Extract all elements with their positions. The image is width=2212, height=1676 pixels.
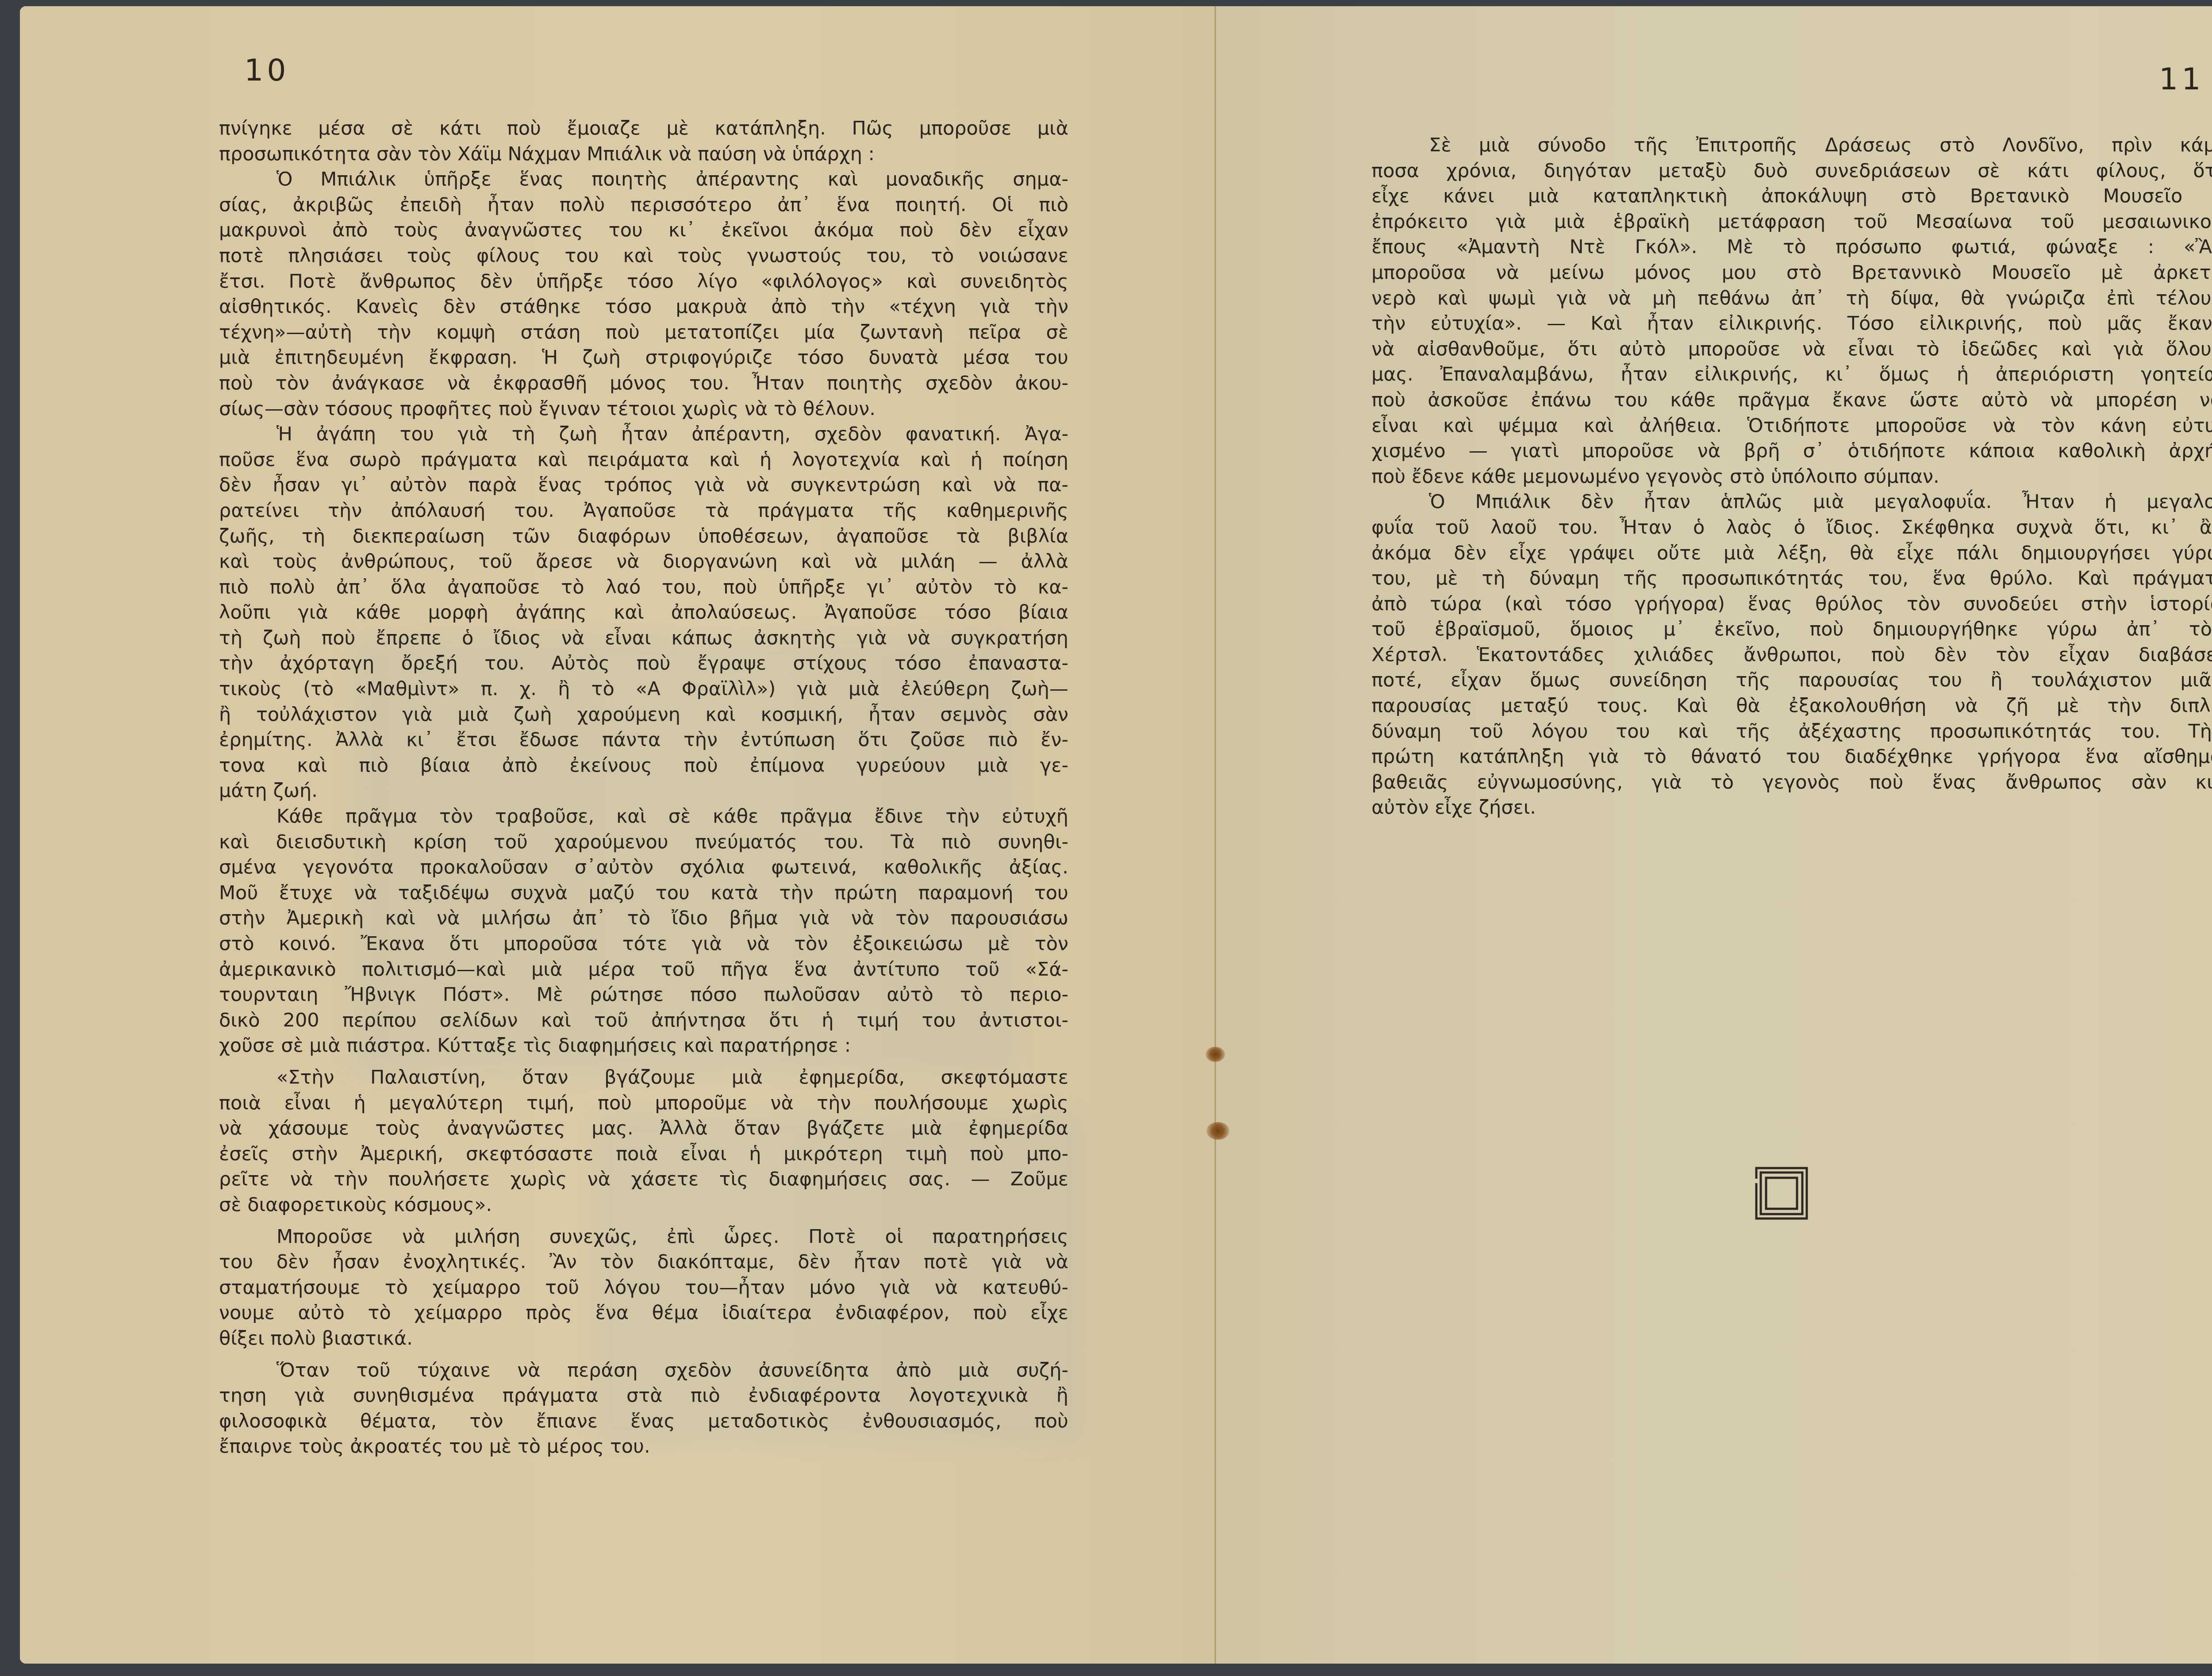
text-line: χισμένο — γιατὶ μποροῦσε νὰ βρῆ σ᾿ ὁτιδή… xyxy=(1371,438,2212,464)
text-line: αὐτὸν εἶχε ζήσει. xyxy=(1371,795,2212,821)
text-line: φιλοσοφικὰ θέματα, τὸν ἔπιανε ἕνας μεταδ… xyxy=(219,1409,1068,1434)
paragraph-gap xyxy=(219,1352,1068,1358)
text-line: τὴ ζωὴ ποὺ ἔπρεπε ὁ ἴδιος νὰ εἶναι κάπως… xyxy=(219,626,1068,651)
text-line: εἶναι καὶ ψέμμα καὶ ἀλήθεια. Ὁτιδήποτε μ… xyxy=(1371,413,2212,439)
text-line: πνίγηκε μέσα σὲ κάτι ποὺ ἔμοιαζε μὲ κατά… xyxy=(219,116,1068,142)
text-line: ποὺ ἀσκοῦσε ἐπάνω του κάθε πρᾶγμα ἔκανε … xyxy=(1371,388,2212,413)
text-line: ἐπρόκειτο γιὰ μιὰ ἑβραϊκὴ μετάφραση τοῦ … xyxy=(1371,209,2212,235)
text-line: Ὁ Μπιάλικ δὲν ἦταν ἁπλῶς μιὰ μεγαλοφυΐα.… xyxy=(1371,489,2212,515)
text-line: νὰ αἰσθανθοῦμε, ὅτι αὐτὸ μποροῦσε νὰ εἶν… xyxy=(1371,337,2212,362)
text-line: ἐσεῖς στὴν Ἀμερική, σκεφτόσαστε ποιὰ εἶν… xyxy=(219,1142,1068,1167)
text-line: δὲν ἦσαν γι᾿ αὐτὸν παρὰ ἕνας τρόπος γιὰ … xyxy=(219,473,1068,498)
text-line: τηση γιὰ συνηθισμένα πράγματα στὰ πιὸ ἐν… xyxy=(219,1383,1068,1409)
text-line: σταματήσουμε τὸ χείμαρρο τοῦ λόγου του—ἦ… xyxy=(219,1275,1068,1301)
page-number-left: 10 xyxy=(244,53,290,88)
text-line: Ὁ Μπιάλικ ὑπῆρξε ἕνας ποιητὴς ἀπέραντης … xyxy=(219,167,1068,192)
right-page-body-text: Σὲ μιὰ σύνοδο τῆς Ἐπιτροπῆς Δράσεως στὸ … xyxy=(1371,133,2212,821)
text-line: Μποροῦσε νὰ μιλήση συνεχῶς, ἐπὶ ὧρες. Πο… xyxy=(219,1224,1068,1250)
text-line: τονα καὶ πιὸ βίαια ἀπὸ ἐκείνους ποὺ ἐπίμ… xyxy=(219,753,1068,779)
text-line: ποτέ, εἶχαν ὅμως συνείδηση τῆς παρουσίας… xyxy=(1371,668,2212,693)
rust-staple-mark xyxy=(1206,1047,1225,1062)
text-line: νερὸ καὶ ψωμὶ γιὰ νὰ μὴ πεθάνω ἀπ᾿ τὴ δί… xyxy=(1371,286,2212,311)
text-line: ἔπαιρνε τοὺς ἀκροατές του μὲ τὸ μέρος το… xyxy=(219,1434,1068,1460)
text-line: τουρνταιη Ἤβνιγκ Πόστ». Μὲ ρώτησε πόσο π… xyxy=(219,982,1068,1008)
text-line: νουμε αὐτὸ τὸ χείμαρρο πρὸς ἕνα θέμα ἰδι… xyxy=(219,1300,1068,1326)
text-line: ποιὰ εἶναι ἡ μεγαλύτερη τιμή, ποὺ μποροῦ… xyxy=(219,1091,1068,1116)
text-line: σὲ διαφορετικοὺς κόσμους». xyxy=(219,1192,1068,1218)
text-line: ἔτσι. Ποτὲ ἄνθρωπος δὲν ὑπῆρξε τόσο λίγο… xyxy=(219,269,1068,295)
text-line: ρατείνει τὴν ἀπόλαυσή του. Ἀγαποῦσε τὰ π… xyxy=(219,498,1068,524)
text-line: τοῦ ἑβραϊσμοῦ, ὅμοιος μ᾿ ἐκεῖνο, ποὺ δημ… xyxy=(1371,617,2212,642)
text-line: μποροῦσα νὰ μείνω μόνος μου στὸ Βρεταννι… xyxy=(1371,260,2212,286)
text-line: του δὲν ἦσαν ἐνοχλητικές. Ἂν τὸν διακόπτ… xyxy=(219,1249,1068,1275)
text-line: μιὰ ἐπιτηδευμένη ἔκφραση. Ἡ ζωὴ στριφογύ… xyxy=(219,345,1068,371)
text-line: ποσα χρόνια, διηγόταν μεταξὺ δυὸ συνεδρι… xyxy=(1371,158,2212,184)
text-line: στὸ κοινό. Ἔκανα ὅτι μποροῦσα τότε γιὰ ν… xyxy=(219,931,1068,957)
text-line: Μοῦ ἔτυχε νὰ ταξιδέψω συχνὰ μαζύ του κατ… xyxy=(219,880,1068,906)
text-line: τικοὺς (τὸ «Μαθμὶντ» π. χ. ἢ τὸ «Α Φραϊλ… xyxy=(219,677,1068,702)
text-line: δικὸ 200 περίπου σελίδων καὶ τοῦ ἀπήντησ… xyxy=(219,1008,1068,1034)
text-line: μακρυνοὶ ἀπὸ τοὺς ἀναγνῶστες του κι᾿ ἐκε… xyxy=(219,218,1068,243)
text-line: χοῦσε σὲ μιὰ πιάστρα. Κύτταξε τὶς διαφημ… xyxy=(219,1033,1068,1059)
text-line: ρεῖτε νὰ τὴν πουλήσετε χωρὶς νὰ χάσετε τ… xyxy=(219,1167,1068,1192)
text-line: λοῦπι γιὰ κάθε μορφὴ ἀγάπης καὶ ἀπολαύσε… xyxy=(219,600,1068,626)
text-line: του, μὲ τὴ δύναμη τῆς προσωπικότητάς του… xyxy=(1371,566,2212,592)
text-line: θίξει πολὺ βιαστικά. xyxy=(219,1326,1068,1352)
text-line: τὴν ἀχόρταγη ὄρεξή του. Αὐτὸς ποὺ ἔγραψε… xyxy=(219,651,1068,677)
text-line: τὴν εὐτυχία». — Καὶ ἦταν εἰλικρινής. Τόσ… xyxy=(1371,311,2212,337)
page-number-right: 11 xyxy=(2159,62,2204,97)
text-line: Χέρτσλ. Ἑκατοντάδες χιλιάδες ἄνθρωποι, π… xyxy=(1371,642,2212,668)
spine-fold xyxy=(1214,6,1216,1664)
text-line: τέχνη»—αὐτὴ τὴν κομψὴ στάση ποὺ μετατοπί… xyxy=(219,320,1068,346)
text-line: αἰσθητικός. Κανεὶς δὲν στάθηκε τόσο μακρ… xyxy=(219,294,1068,320)
text-line: ἀκόμα δὲν εἶχε γράψει οὔτε μιὰ λέξη, θὰ … xyxy=(1371,541,2212,566)
text-line: Κάθε πρᾶγμα τὸν τραβοῦσε, καὶ σὲ κάθε πρ… xyxy=(219,804,1068,830)
text-line: καὶ τοὺς ἀνθρώπους, τοῦ ἄρεσε νὰ διοργαν… xyxy=(219,549,1068,575)
text-line: ἐρημίτης. Ἀλλὰ κι᾿ ἔτσι ἔδωσε πάντα τὴν … xyxy=(219,727,1068,753)
text-line: δύναμη τοῦ λόγου του καὶ τῆς ἀξέχαστης π… xyxy=(1371,719,2212,745)
left-page-body-text: πνίγηκε μέσα σὲ κάτι ποὺ ἔμοιαζε μὲ κατά… xyxy=(219,116,1068,1460)
nested-square-ornament-icon xyxy=(1753,1165,1810,1222)
text-line: Ἡ ἀγάπη του γιὰ τὴ ζωὴ ἦταν ἀπέραντη, σχ… xyxy=(219,422,1068,447)
text-line: σίας, ἀκριβῶς ἐπειδὴ ἦταν πολὺ περισσότε… xyxy=(219,192,1068,218)
text-line: ποτὲ πλησιάσει τοὺς φίλους του καὶ τοὺς … xyxy=(219,243,1068,269)
text-line: ἢ τοὐλάχιστον γιὰ μιὰ ζωὴ χαρούμενη καὶ … xyxy=(219,702,1068,728)
text-line: φυΐα τοῦ λαοῦ του. Ἦταν ὁ λαὸς ὁ ἴδιος. … xyxy=(1371,515,2212,541)
paragraph-gap xyxy=(219,1218,1068,1224)
text-line: ποὺ ἔδενε κάθε μεμονωμένο γεγονὸς στὸ ὑπ… xyxy=(1371,464,2212,490)
text-line: στὴν Ἀμερικὴ καὶ νὰ μιλήσω ἀπ᾿ τὸ ἴδιο β… xyxy=(219,906,1068,931)
text-line: προσωπικότητα σὰν τὸν Χάϊμ Νάχμαν Μπιάλι… xyxy=(219,142,1068,167)
text-line: ζωῆς, τὴ διεκπεραίωση τῶν διαφόρων ὑποθέ… xyxy=(219,524,1068,550)
text-line: ποὺ τὸν ἀνάγκασε νὰ ἐκφρασθῆ μόνος του. … xyxy=(219,371,1068,396)
text-line: Ὅταν τοῦ τύχαινε νὰ περάση σχεδὸν ἀσυνεί… xyxy=(219,1358,1068,1384)
text-line: μας. Ἐπαναλαμβάνω, ἦταν εἰλικρινής, κι᾿ … xyxy=(1371,362,2212,388)
text-line: «Στὴν Παλαιστίνη, ὅταν βγάζουμε μιὰ ἐφημ… xyxy=(219,1065,1068,1091)
text-line: Σὲ μιὰ σύνοδο τῆς Ἐπιτροπῆς Δράσεως στὸ … xyxy=(1371,133,2212,158)
text-line: μάτη ζωή. xyxy=(219,778,1068,804)
text-line: πιὸ πολὺ ἀπ᾿ ὅλα ἀγαποῦσε τὸ λαό του, πο… xyxy=(219,575,1068,600)
text-line: ἔπους «Ἀμαντὴ Ντὲ Γκόλ». Μὲ τὸ πρόσωπο φ… xyxy=(1371,234,2212,260)
rust-staple-mark xyxy=(1206,1122,1229,1140)
paragraph-gap xyxy=(219,1059,1068,1065)
text-line: καὶ διεισδυτικὴ κρίση τοῦ χαρούμενου πνε… xyxy=(219,830,1068,855)
text-line: βαθειᾶς εὐγνωμοσύνης, γιὰ τὸ γεγονὸς ποὺ… xyxy=(1371,770,2212,796)
text-line: πρώτη κατάπληξη γιὰ τὸ θάνατό του διαδέχ… xyxy=(1371,744,2212,770)
text-line: παρουσίας μεταξύ τους. Καὶ θὰ ἐξακολουθή… xyxy=(1371,693,2212,719)
text-line: ἀμερικανικὸ πολιτισμό—καὶ μιὰ μέρα τοῦ π… xyxy=(219,957,1068,983)
text-line: σίως—σὰν τόσους προφῆτες ποὺ ἔγιναν τέτο… xyxy=(219,396,1068,422)
text-line: ποῦσε ἕνα σωρὸ πράγματα καὶ πειράματα κα… xyxy=(219,447,1068,473)
text-line: ἀπὸ τώρα (καὶ τόσο γρήγορα) ἕνας θρύλος … xyxy=(1371,592,2212,617)
text-line: εἶχε κάνει μιὰ καταπληκτικὴ ἀποκάλυψη στ… xyxy=(1371,184,2212,209)
text-line: νὰ χάσουμε τοὺς ἀναγνῶστες μας. Ἀλλὰ ὅτα… xyxy=(219,1116,1068,1142)
text-line: σμένα γεγονότα προκαλοῦσαν σ᾿αὐτὸν σχόλι… xyxy=(219,855,1068,880)
